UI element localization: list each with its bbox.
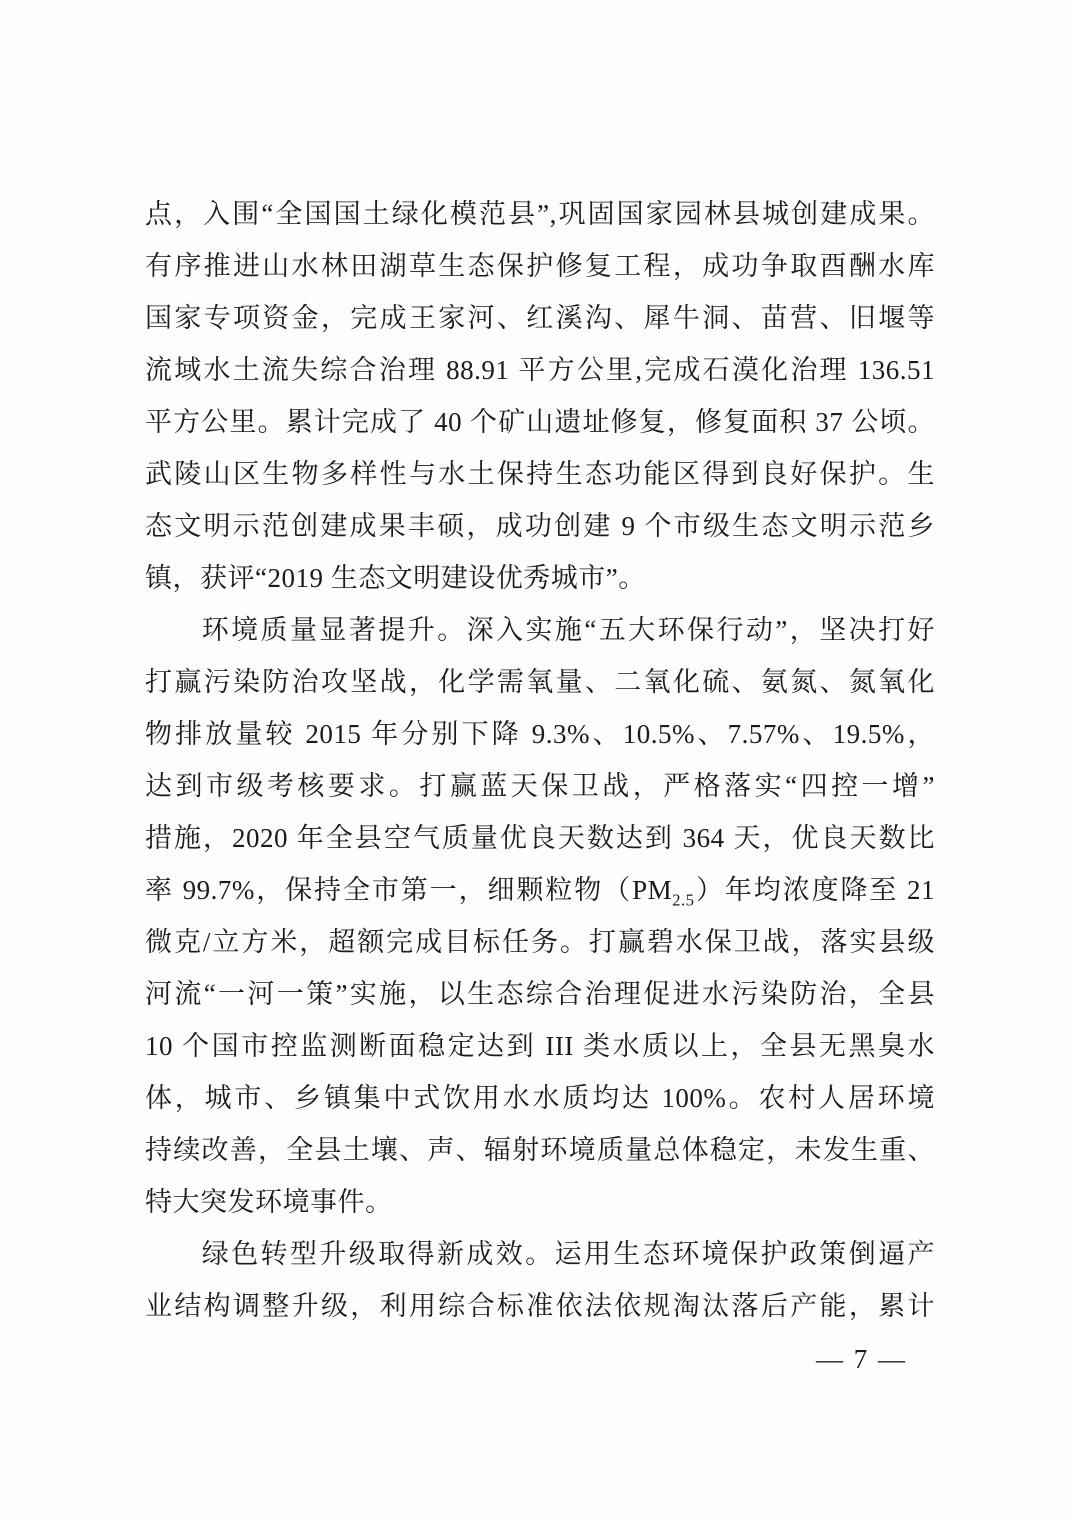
text-line: 业结构调整升级，利用综合标准依法依规淘汰落后产能，累计 — [145, 1280, 935, 1332]
text-line: 镇，获评“2019 生态文明建设优秀城市”。 — [145, 552, 935, 604]
text-line: 点，入围“全国国土绿化模范县”,巩固国家园林县城创建成果。 — [145, 188, 935, 240]
text-line: 物排放量较 2015 年分别下降 9.3%、10.5%、7.57%、19.5%， — [145, 708, 935, 760]
pm25-line-pre: 率 99.7%，保持全市第一，细颗粒物（PM — [145, 875, 672, 905]
text-line: 体，城市、乡镇集中式饮用水水质均达 100%。农村人居环境 — [145, 1072, 935, 1124]
text-line: 武陵山区生物多样性与水土保持生态功能区得到良好保护。生 — [145, 448, 935, 500]
text-line: 河流“一河一策”实施，以生态综合治理促进水污染防治，全县 — [145, 968, 935, 1020]
page-number: — 7 — — [145, 1338, 935, 1380]
text-line: 流域水土流失综合治理 88.91 平方公里,完成石漠化治理 136.51 — [145, 344, 935, 396]
document-page: 点，入围“全国国土绿化模范县”,巩固国家园林县城创建成果。 有序推进山水林田湖草… — [0, 0, 1074, 1520]
text-line: 10 个国市控监测断面稳定达到 III 类水质以上，全县无黑臭水 — [145, 1020, 935, 1072]
text-line: 态文明示范创建成果丰硕，成功创建 9 个市级生态文明示范乡 — [145, 500, 935, 552]
text-line: 微克/立方米，超额完成目标任务。打赢碧水保卫战，落实县级 — [145, 916, 935, 968]
text-line: 有序推进山水林田湖草生态保护修复工程，成功争取酉酬水库 — [145, 240, 935, 292]
text-line: 措施，2020 年全县空气质量优良天数达到 364 天，优良天数比 — [145, 812, 935, 864]
text-line: 特大突发环境事件。 — [145, 1176, 935, 1228]
text-line: 达到市级考核要求。打赢蓝天保卫战，严格落实“四控一增” — [145, 760, 935, 812]
text-line-paragraph-start: 绿色转型升级取得新成效。运用生态环境保护政策倒逼产 — [145, 1228, 935, 1280]
pm25-line-post: ）年均浓度降至 21 — [695, 875, 935, 905]
text-line: 国家专项资金，完成王家河、红溪沟、犀牛洞、苗营、旧堰等 — [145, 292, 935, 344]
body-text: 点，入围“全国国土绿化模范县”,巩固国家园林县城创建成果。 有序推进山水林田湖草… — [145, 188, 935, 1332]
text-line: 平方公里。累计完成了 40 个矿山遗址修复，修复面积 37 公顷。 — [145, 396, 935, 448]
text-line-pm25: 率 99.7%，保持全市第一，细颗粒物（PM2.5）年均浓度降至 21 — [145, 864, 935, 916]
pm25-subscript: 2.5 — [672, 890, 694, 909]
text-line: 持续改善，全县土壤、声、辐射环境质量总体稳定，未发生重、 — [145, 1124, 935, 1176]
text-line: 打赢污染防治攻坚战，化学需氧量、二氧化硫、氨氮、氮氧化 — [145, 656, 935, 708]
text-line-paragraph-start: 环境质量显著提升。深入实施“五大环保行动”，坚决打好 — [145, 604, 935, 656]
